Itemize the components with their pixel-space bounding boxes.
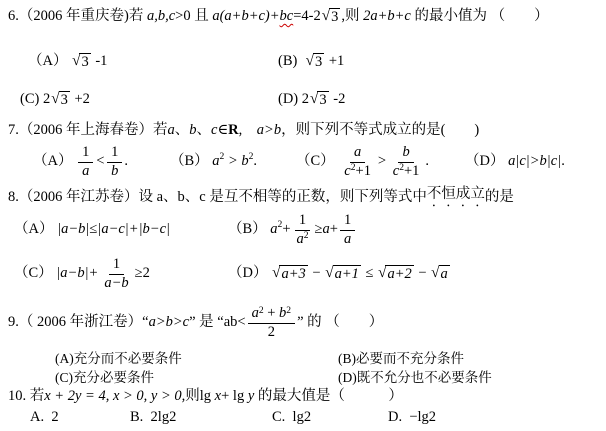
- question-9-option-a: (A)充分而不必要条件: [55, 350, 182, 368]
- question-10-option-c: C. lg2: [272, 408, 311, 428]
- question-8-option-c: （C） |a−b|+1a−b≥2: [14, 252, 150, 296]
- question-8-option-b: （B） a2+1a2≥a+1a: [228, 208, 357, 252]
- question-10-option-d: D. −lg2: [388, 408, 436, 428]
- question-8-option-a: （A） |a−b|≤|a−c|+|b−c|: [14, 208, 170, 252]
- question-6-option-d: (D) 2√3 -2: [278, 90, 345, 110]
- question-7-option-b: （B） a2 > b2.: [170, 142, 257, 182]
- question-8-option-d: （D） √a+3 − √a+1 ≤ √a+2 − √a: [228, 252, 451, 296]
- question-8-stem: 8.（2006 年江苏卷）设 a、b、c 是互不相等的正数，则下列等式中不恒成立…: [8, 185, 514, 210]
- question-9-option-c: (C)充分必要条件: [55, 369, 154, 387]
- document-page: { "page": { "background_color": "#ffffff…: [0, 0, 606, 431]
- question-7-stem: 7.（2006 年上海春卷）若a、b、c∈R, a>b，则下列不等式成立的是( …: [8, 121, 479, 141]
- question-7-option-a: （A） 1a<1b.: [33, 142, 128, 182]
- question-9-option-b: (B)必要而不充分条件: [338, 350, 464, 368]
- question-7-option-c: （C） ac2+1>bc2+1.: [296, 142, 429, 182]
- question-6-option-a: （A） √3 -1: [28, 52, 107, 72]
- question-7-option-d: （D） a|c|>b|c|.: [465, 142, 565, 182]
- question-10-stem: 10. 若x + 2y = 4, x > 0, y > 0,则lg x+ lg …: [8, 387, 403, 407]
- question-10-option-b: B. 2lg2: [130, 408, 176, 428]
- question-10-option-a: A. 2: [30, 408, 59, 428]
- question-9-option-d: (D)既不允分也不必要条件: [338, 369, 492, 387]
- question-6-option-b: (B) √3 +1: [278, 52, 344, 72]
- question-6-stem: 6.（2006 年重庆卷)若 a,b,c>0 且 a(a+b+c)+bc=4-2…: [8, 7, 549, 27]
- question-6-option-c: (C) 2√3 +2: [20, 90, 90, 110]
- question-9-stem: 9.（ 2006 年浙江卷）“a>b>c” 是 “ab<a2 + b22” 的 …: [8, 299, 383, 347]
